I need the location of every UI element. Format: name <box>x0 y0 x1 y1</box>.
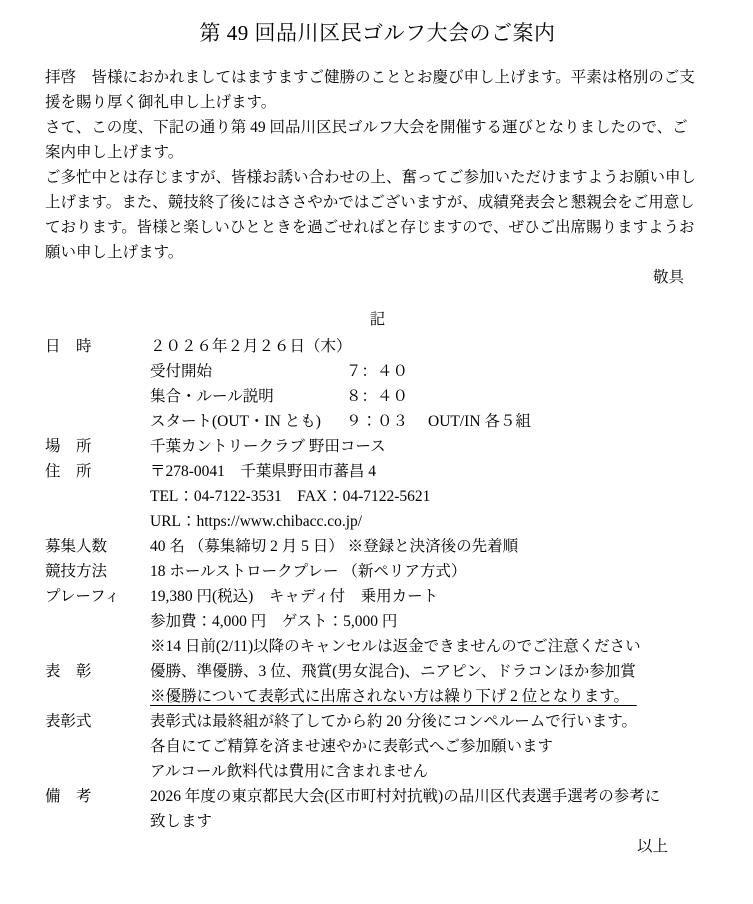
detail-row-fee: プレーフィ 19,380 円(税込) キャディ付 乗用カート 参加費：4,000… <box>45 584 710 659</box>
schedule-name: 受付開始 <box>150 359 346 384</box>
detail-label-ceremony: 表彰式 <box>45 709 150 734</box>
detail-value-ceremony: 表彰式は最終組が終了してから約 20 分後にコンペルームで行います。 各自にてご… <box>150 709 710 784</box>
detail-label-recruit: 募集人数 <box>45 534 150 559</box>
schedule-row-briefing: 集合・ルール説明８：４０ <box>150 384 710 409</box>
detail-value-notes: 2026 年度の東京都民大会(区市町村対抗戦)の品川区代表選手選考の参考に 致し… <box>150 784 710 834</box>
schedule-name: スタート(OUT・IN とも) <box>150 409 346 434</box>
details-list: 日 時 ２０２６年２月２６日（木） 受付開始７：４０ 集合・ルール説明８：４０ … <box>45 334 710 834</box>
detail-value-fee: 19,380 円(税込) キャディ付 乗用カート 参加費：4,000 円 ゲスト… <box>150 584 710 659</box>
detail-label-place: 場 所 <box>45 434 150 459</box>
schedule-row-reception: 受付開始７：４０ <box>150 359 710 384</box>
schedule-time: ８：４０ <box>346 388 408 405</box>
award-note-underlined: ※優勝について表彰式に出席されない方は繰り下げ 2 位となります。 <box>150 688 637 705</box>
schedule-note: OUT/IN 各５組 <box>428 413 531 430</box>
schedule-time: ９：０３ <box>346 413 408 430</box>
detail-row-recruit: 募集人数 40 名 （募集締切 2 月 5 日） ※登録と決済後の先着順 <box>45 534 710 559</box>
detail-row-address: 住 所 〒278-0041 千葉県野田市蕃昌 4 TEL：04-7122-353… <box>45 459 710 534</box>
award-prizes-line: 優勝、準優勝、3 位、飛賞(男女混合)、ニアピン、ドラコンほか参加賞 <box>150 659 710 684</box>
ki-marker: 記 <box>45 307 710 332</box>
detail-label-datetime: 日 時 <box>45 334 150 359</box>
letter-closing: 敬具 <box>45 265 710 290</box>
schedule-time: ７：４０ <box>346 363 408 380</box>
detail-value-recruit: 40 名 （募集締切 2 月 5 日） ※登録と決済後の先着順 <box>150 534 710 559</box>
letter-body: 拝啓 皆様におかれましてはますますご健勝のこととお慶び申し上げます。平素は格別の… <box>45 65 710 265</box>
detail-label-fee: プレーフィ <box>45 584 150 609</box>
document-page: 第 49 回品川区民ゴルフ大会のご案内 拝啓 皆様におかれましてはますますご健勝… <box>0 0 753 904</box>
detail-row-notes: 備 考 2026 年度の東京都民大会(区市町村対抗戦)の品川区代表選手選考の参考… <box>45 784 710 834</box>
detail-row-ceremony: 表彰式 表彰式は最終組が終了してから約 20 分後にコンペルームで行います。 各… <box>45 709 710 784</box>
detail-value-datetime: ２０２６年２月２６日（木） 受付開始７：４０ 集合・ルール説明８：４０ スタート… <box>150 334 710 434</box>
detail-row-award: 表 彰 優勝、準優勝、3 位、飛賞(男女混合)、ニアピン、ドラコンほか参加賞 ※… <box>45 659 710 709</box>
detail-label-award: 表 彰 <box>45 659 150 684</box>
award-note-line: ※優勝について表彰式に出席されない方は繰り下げ 2 位となります。 <box>150 684 710 709</box>
detail-value-method: 18 ホールストロークプレー （新ペリア方式） <box>150 559 710 584</box>
detail-label-method: 競技方法 <box>45 559 150 584</box>
schedule-row-start: スタート(OUT・IN とも)９：０３OUT/IN 各５組 <box>150 409 710 434</box>
detail-value-place: 千葉カントリークラブ 野田コース <box>150 434 710 459</box>
detail-row-place: 場 所 千葉カントリークラブ 野田コース <box>45 434 710 459</box>
detail-row-datetime: 日 時 ２０２６年２月２６日（木） 受付開始７：４０ 集合・ルール説明８：４０ … <box>45 334 710 434</box>
detail-row-method: 競技方法 18 ホールストロークプレー （新ペリア方式） <box>45 559 710 584</box>
end-marker: 以上 <box>45 834 710 859</box>
document-title: 第 49 回品川区民ゴルフ大会のご案内 <box>45 18 710 48</box>
event-date: ２０２６年２月２６日（木） <box>150 334 710 359</box>
schedule-name: 集合・ルール説明 <box>150 384 346 409</box>
detail-value-award: 優勝、準優勝、3 位、飛賞(男女混合)、ニアピン、ドラコンほか参加賞 ※優勝につ… <box>150 659 710 709</box>
detail-label-address: 住 所 <box>45 459 150 484</box>
detail-value-address: 〒278-0041 千葉県野田市蕃昌 4 TEL：04-7122-3531 FA… <box>150 459 710 534</box>
detail-label-notes: 備 考 <box>45 784 150 809</box>
